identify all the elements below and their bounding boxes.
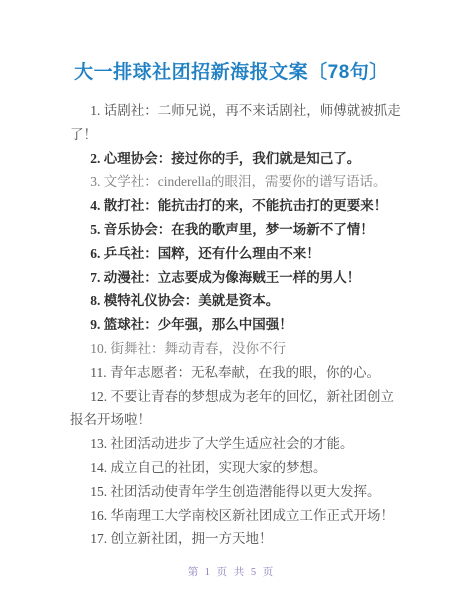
- list-item: 2. 心理协会：接过你的手，我们就是知己了。: [70, 147, 405, 171]
- document-page: 大一排球社团招新海报文案〔78句〕 1. 话剧社：二师兄说，再不来话剧社，师傅就…: [0, 0, 463, 600]
- list-item: 9. 篮球社：少年强，那么中国强！: [70, 313, 405, 337]
- items-list: 1. 话剧社：二师兄说，再不来话剧社，师傅就被抓走了！2. 心理协会：接过你的手…: [0, 99, 463, 551]
- doc-title: 大一排球社团招新海报文案〔78句〕: [0, 0, 463, 84]
- list-item: 11. 青年志愿者：无私奉献，在我的眼，你的心。: [70, 361, 405, 385]
- list-item: 7. 动漫社：立志要成为像海贼王一样的男人！: [70, 266, 405, 290]
- list-item: 8. 模特礼仪协会：美就是资本。: [70, 289, 405, 313]
- list-item: 5. 音乐协会：在我的歌声里，梦一场新不了情！: [70, 218, 405, 242]
- list-item: 4. 散打社：能抗击打的来，不能抗击打的更要来！: [70, 194, 405, 218]
- list-item: 13. 社团活动进步了大学生适应社会的才能。: [70, 432, 405, 456]
- list-item: 15. 社团活动使青年学生创造潜能得以更大发挥。: [70, 480, 405, 504]
- list-item: 12. 不要让青春的梦想成为老年的回忆，新社团创立报名开场啦！: [70, 385, 405, 433]
- list-item: 3. 文学社：cinderella的眼泪，需要你的谱写语话。: [70, 170, 405, 194]
- list-item: 14. 成立自己的社团，实现大家的梦想。: [70, 456, 405, 480]
- list-item: 10. 街舞社：舞动青春，没你不行: [70, 337, 405, 361]
- list-item: 17. 创立新社团，拥一方天地！: [70, 527, 405, 551]
- list-item: 1. 话剧社：二师兄说，再不来话剧社，师傅就被抓走了！: [70, 99, 405, 147]
- list-item: 6. 乒乓社：国粹，还有什么理由不来！: [70, 242, 405, 266]
- list-item: 16. 华南理工大学南校区新社团成立工作正式开场！: [70, 504, 405, 528]
- page-footer: 第 1 页 共 5 页: [0, 564, 463, 579]
